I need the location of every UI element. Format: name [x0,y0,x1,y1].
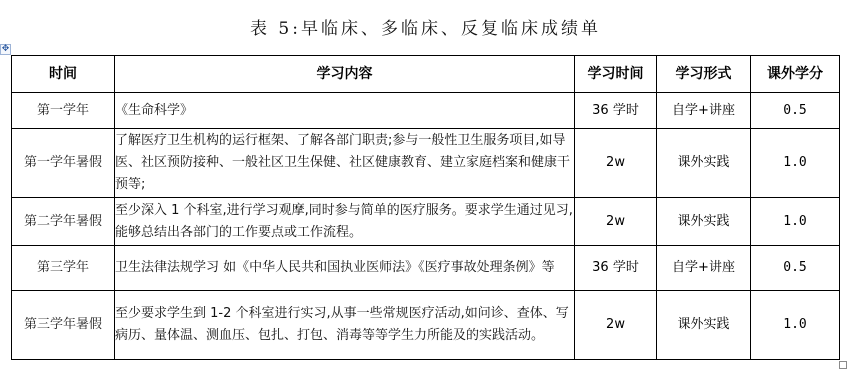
cell-content[interactable]: 至少深入 1 个科室,进行学习观摩,同时参与简单的医疗服务。要求学生通过见习,能… [115,198,575,246]
cell-period[interactable]: 第二学年暑假 [12,198,115,246]
table-move-handle-icon[interactable]: ✥ [0,44,11,55]
cell-period[interactable]: 第三学年 [12,246,115,291]
table-row: 第二学年暑假 至少深入 1 个科室,进行学习观摩,同时参与简单的医疗服务。要求学… [12,198,840,246]
cell-credit[interactable]: 1.0 [751,291,840,360]
cell-form[interactable]: 课外实践 [657,198,751,246]
cell-credit[interactable]: 0.5 [751,93,840,129]
cell-hours[interactable]: 36 学时 [575,93,657,129]
cell-content[interactable]: 卫生法律法规学习 如《中华人民共和国执业医师法》《医疗事故处理条例》等 [115,246,575,291]
cell-credit[interactable]: 0.5 [751,246,840,291]
header-form: 学习形式 [657,56,751,93]
cell-form[interactable]: 课外实践 [657,129,751,198]
header-credit: 课外学分 [751,56,840,93]
header-period: 时间 [12,56,115,93]
table-row: 第三学年暑假 至少要求学生到 1-2 个科室进行实习,从事一些常规医疗活动,如问… [12,291,840,360]
cell-period[interactable]: 第一学年暑假 [12,129,115,198]
cell-hours[interactable]: 36 学时 [575,246,657,291]
cell-credit[interactable]: 1.0 [751,129,840,198]
cell-content[interactable]: 至少要求学生到 1-2 个科室进行实习,从事一些常规医疗活动,如问诊、查体、写病… [115,291,575,360]
table-caption: 表 5:早临床、多临床、反复临床成绩单 [0,14,851,39]
grades-table: 时间 学习内容 学习时间 学习形式 课外学分 第一学年 《生命科学》 36 学时… [11,55,840,360]
cell-period[interactable]: 第一学年 [12,93,115,129]
table-row: 第一学年 《生命科学》 36 学时 自学+讲座 0.5 [12,93,840,129]
table-resize-handle-icon[interactable] [839,361,847,369]
cell-content[interactable]: 《生命科学》 [115,93,575,129]
table-row: 第三学年 卫生法律法规学习 如《中华人民共和国执业医师法》《医疗事故处理条例》等… [12,246,840,291]
cell-content[interactable]: 了解医疗卫生机构的运行框架、了解各部门职责;参与一般性卫生服务项目,如导医、社区… [115,129,575,198]
cell-hours[interactable]: 2w [575,198,657,246]
header-content: 学习内容 [115,56,575,93]
cell-form[interactable]: 自学+讲座 [657,246,751,291]
header-hours: 学习时间 [575,56,657,93]
cell-form[interactable]: 自学+讲座 [657,93,751,129]
table-header-row: 时间 学习内容 学习时间 学习形式 课外学分 [12,56,840,93]
cell-form[interactable]: 课外实践 [657,291,751,360]
cell-hours[interactable]: 2w [575,291,657,360]
cell-credit[interactable]: 1.0 [751,198,840,246]
cell-period[interactable]: 第三学年暑假 [12,291,115,360]
table-row: 第一学年暑假 了解医疗卫生机构的运行框架、了解各部门职责;参与一般性卫生服务项目… [12,129,840,198]
cell-hours[interactable]: 2w [575,129,657,198]
